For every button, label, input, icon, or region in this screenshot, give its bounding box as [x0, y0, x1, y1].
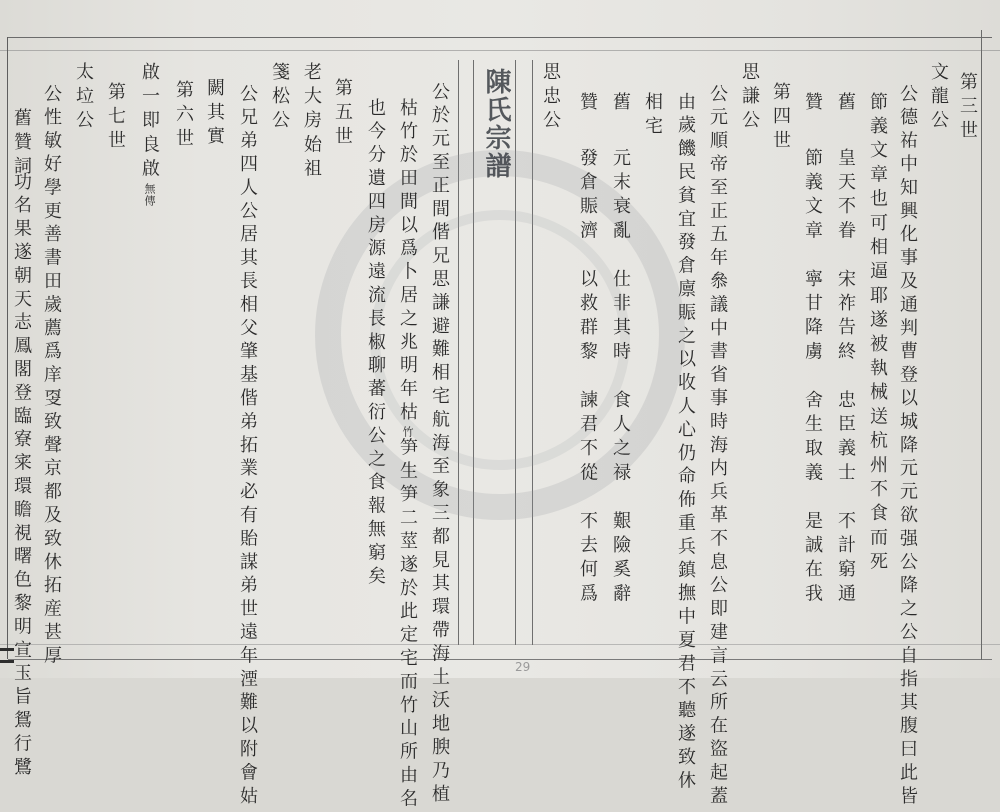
- biography-text: 節義文章也可相逼耶遂被執械送杭州不食而死: [868, 92, 886, 576]
- ancestor-name: 啟一即良啟: [139, 62, 160, 183]
- interlinear-note: 無傳: [143, 183, 156, 207]
- interlinear-note: 竹: [401, 426, 414, 438]
- eulogy-label: 舊: [836, 92, 854, 116]
- ancestor-name: 思謙公: [740, 62, 758, 135]
- ancestor-name: 思忠公: [541, 62, 559, 135]
- biography-text: 闕其實: [205, 78, 223, 151]
- bottom-border-line: [8, 659, 992, 660]
- biography-text: 也今分遺四房源遠流長椒聊蕃衍公之食報無窮矣: [366, 98, 384, 589]
- ancestor-name: 箋松公: [270, 62, 288, 135]
- biography-text: 由歲饑民貧宜發倉廪賑之以收人心仍命佈重兵鎮撫中夏君不聽遂致休: [676, 92, 694, 678]
- page-number: 29: [515, 660, 530, 674]
- generation-heading: 第六世: [174, 80, 192, 153]
- ancestor-entry: 啟一即良啟無傳: [140, 62, 158, 207]
- left-border-line: [7, 37, 8, 659]
- generation-heading: 第三世: [958, 72, 976, 145]
- eulogy-label: 贊: [803, 92, 821, 116]
- biography-text-part: 笋生笋二莖遂於此定宅而竹山所由名: [397, 438, 418, 678]
- margin-mark: [0, 660, 14, 663]
- biography-text: 枯竹於田間以爲卜居之兆明年枯竹笋生笋二莖遂於此定宅而竹山所由名: [398, 98, 416, 678]
- biography-text: 公德祐中知興化事及通判曹登以城降元元欲强公降之公自指其腹曰此皆: [898, 84, 916, 678]
- eulogy-verse: 節義文章 寧甘降虜 舍生取義 是誠在我: [803, 148, 821, 608]
- eulogy-label: 舊贊詞: [12, 108, 30, 181]
- biography-text: 公於元至正間偕兄思謙避難相宅航海至象三都見其環帶海土沃地腴乃植: [430, 82, 448, 678]
- right-border-line: [981, 30, 982, 660]
- ancestor-name: 文龍公: [929, 62, 947, 135]
- genealogy-page-scan: 陳氏宗譜 第三世 文龍公 公德祐中知興化事及通判曹登以城降元元欲强公降之公自指其…: [0, 0, 1000, 678]
- bottom-inner-line: [0, 644, 1000, 645]
- eulogy-verse: 皇天不眷 宋祚告終 忠臣義士 不計窮通: [836, 148, 854, 608]
- generation-heading: 第七世: [106, 82, 124, 155]
- biography-text-part: 枯竹於田間以爲卜居之兆明年枯: [397, 98, 418, 426]
- eulogy-verse: 元末衰亂 仕非其時 食人之禄 艱險奚辭: [611, 148, 629, 608]
- eulogy-label: 舊: [611, 92, 629, 116]
- eulogy-verse: 發倉賑濟 以救群黎 諫君不從 不去何爲: [578, 148, 596, 608]
- center-fold-title: 陳氏宗譜: [478, 68, 515, 180]
- generation-heading: 第五世: [333, 78, 351, 151]
- margin-mark: [0, 648, 14, 651]
- top-border-line: [8, 37, 992, 38]
- biography-text: 公元順帝至正五年叅議中書省事時海内兵革不息公即建言云所在盜起蓋: [708, 84, 726, 678]
- biography-text: 公兄弟四人公居其長相父肇基偕弟拓業必有貽謀弟世遠年湮難以附會姑: [238, 84, 256, 678]
- top-inner-line: [0, 50, 1000, 51]
- branch-founder-label: 老大房始祖: [302, 62, 320, 183]
- biography-text: 相宅: [643, 92, 661, 140]
- ancestor-name: 太垃公: [74, 62, 92, 135]
- eulogy-verse: 功名果遂朝天志鳳閣登臨寮宷環瞻視曙色黎明宣玉旨鴛行鷺: [12, 172, 30, 678]
- biography-text: 公性敏好學更善書田歲薦爲庠㪅致聲京都及致休拓産甚厚: [42, 84, 60, 669]
- eulogy-label: 贊: [578, 92, 596, 116]
- generation-heading: 第四世: [771, 82, 789, 155]
